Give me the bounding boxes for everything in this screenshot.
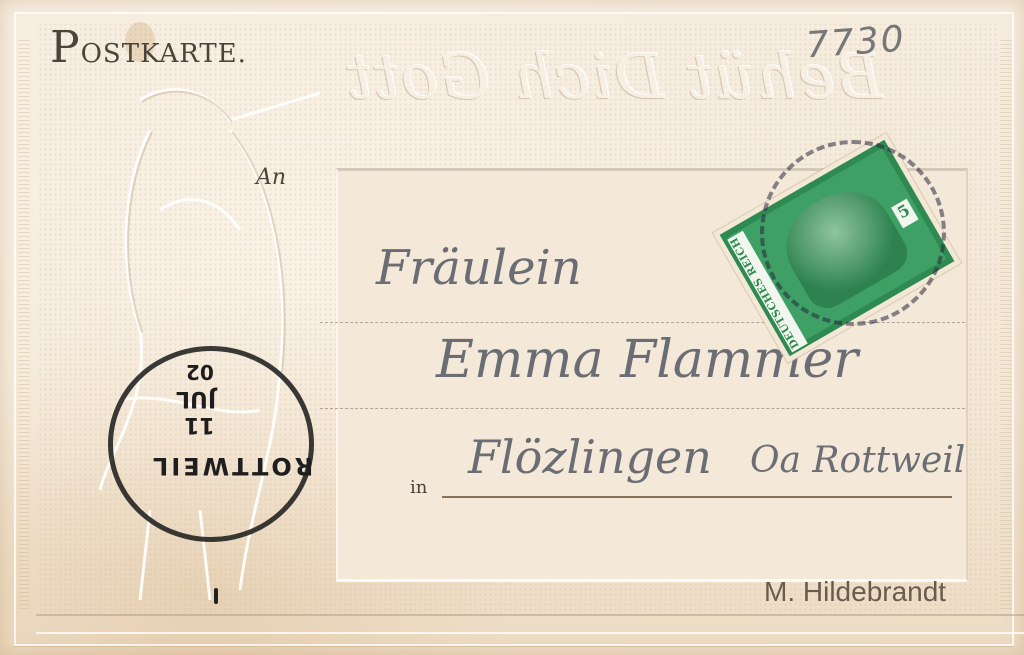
postcard: POSTKARTE. Behüt Dich Gott An 7730 Fräul… <box>0 0 1024 655</box>
recipient-prefix: An <box>256 165 286 190</box>
heading-rest: OSTKARTE. <box>81 39 247 69</box>
address-underline <box>442 496 952 498</box>
frame-bottom-border <box>36 614 1024 634</box>
postcard-heading: POSTKARTE. <box>50 22 247 73</box>
embossed-greeting: Behüt Dich Gott <box>345 40 882 113</box>
address-district: Oa Rottweil <box>750 440 965 481</box>
postmark-year: 02 <box>186 360 214 384</box>
frame-left-border <box>18 40 30 610</box>
postmark-day: 11 <box>184 412 215 437</box>
address-salutation: Fräulein <box>376 240 582 296</box>
watermark-credit: M. Hildebrandt <box>764 576 946 608</box>
place-prefix: in <box>410 477 427 498</box>
stamp-cancellation-postmark <box>760 140 946 326</box>
frame-right-border <box>1000 40 1012 610</box>
address-place: Flözlingen <box>468 430 712 484</box>
pencil-catalog-number: 7730 <box>805 19 907 67</box>
heading-initial: P <box>50 22 81 73</box>
postmark-month: JUL <box>176 386 216 411</box>
address-line-2 <box>320 408 965 409</box>
ink-mark <box>214 588 218 604</box>
postmark-city: ROTTWEIL <box>150 452 313 480</box>
